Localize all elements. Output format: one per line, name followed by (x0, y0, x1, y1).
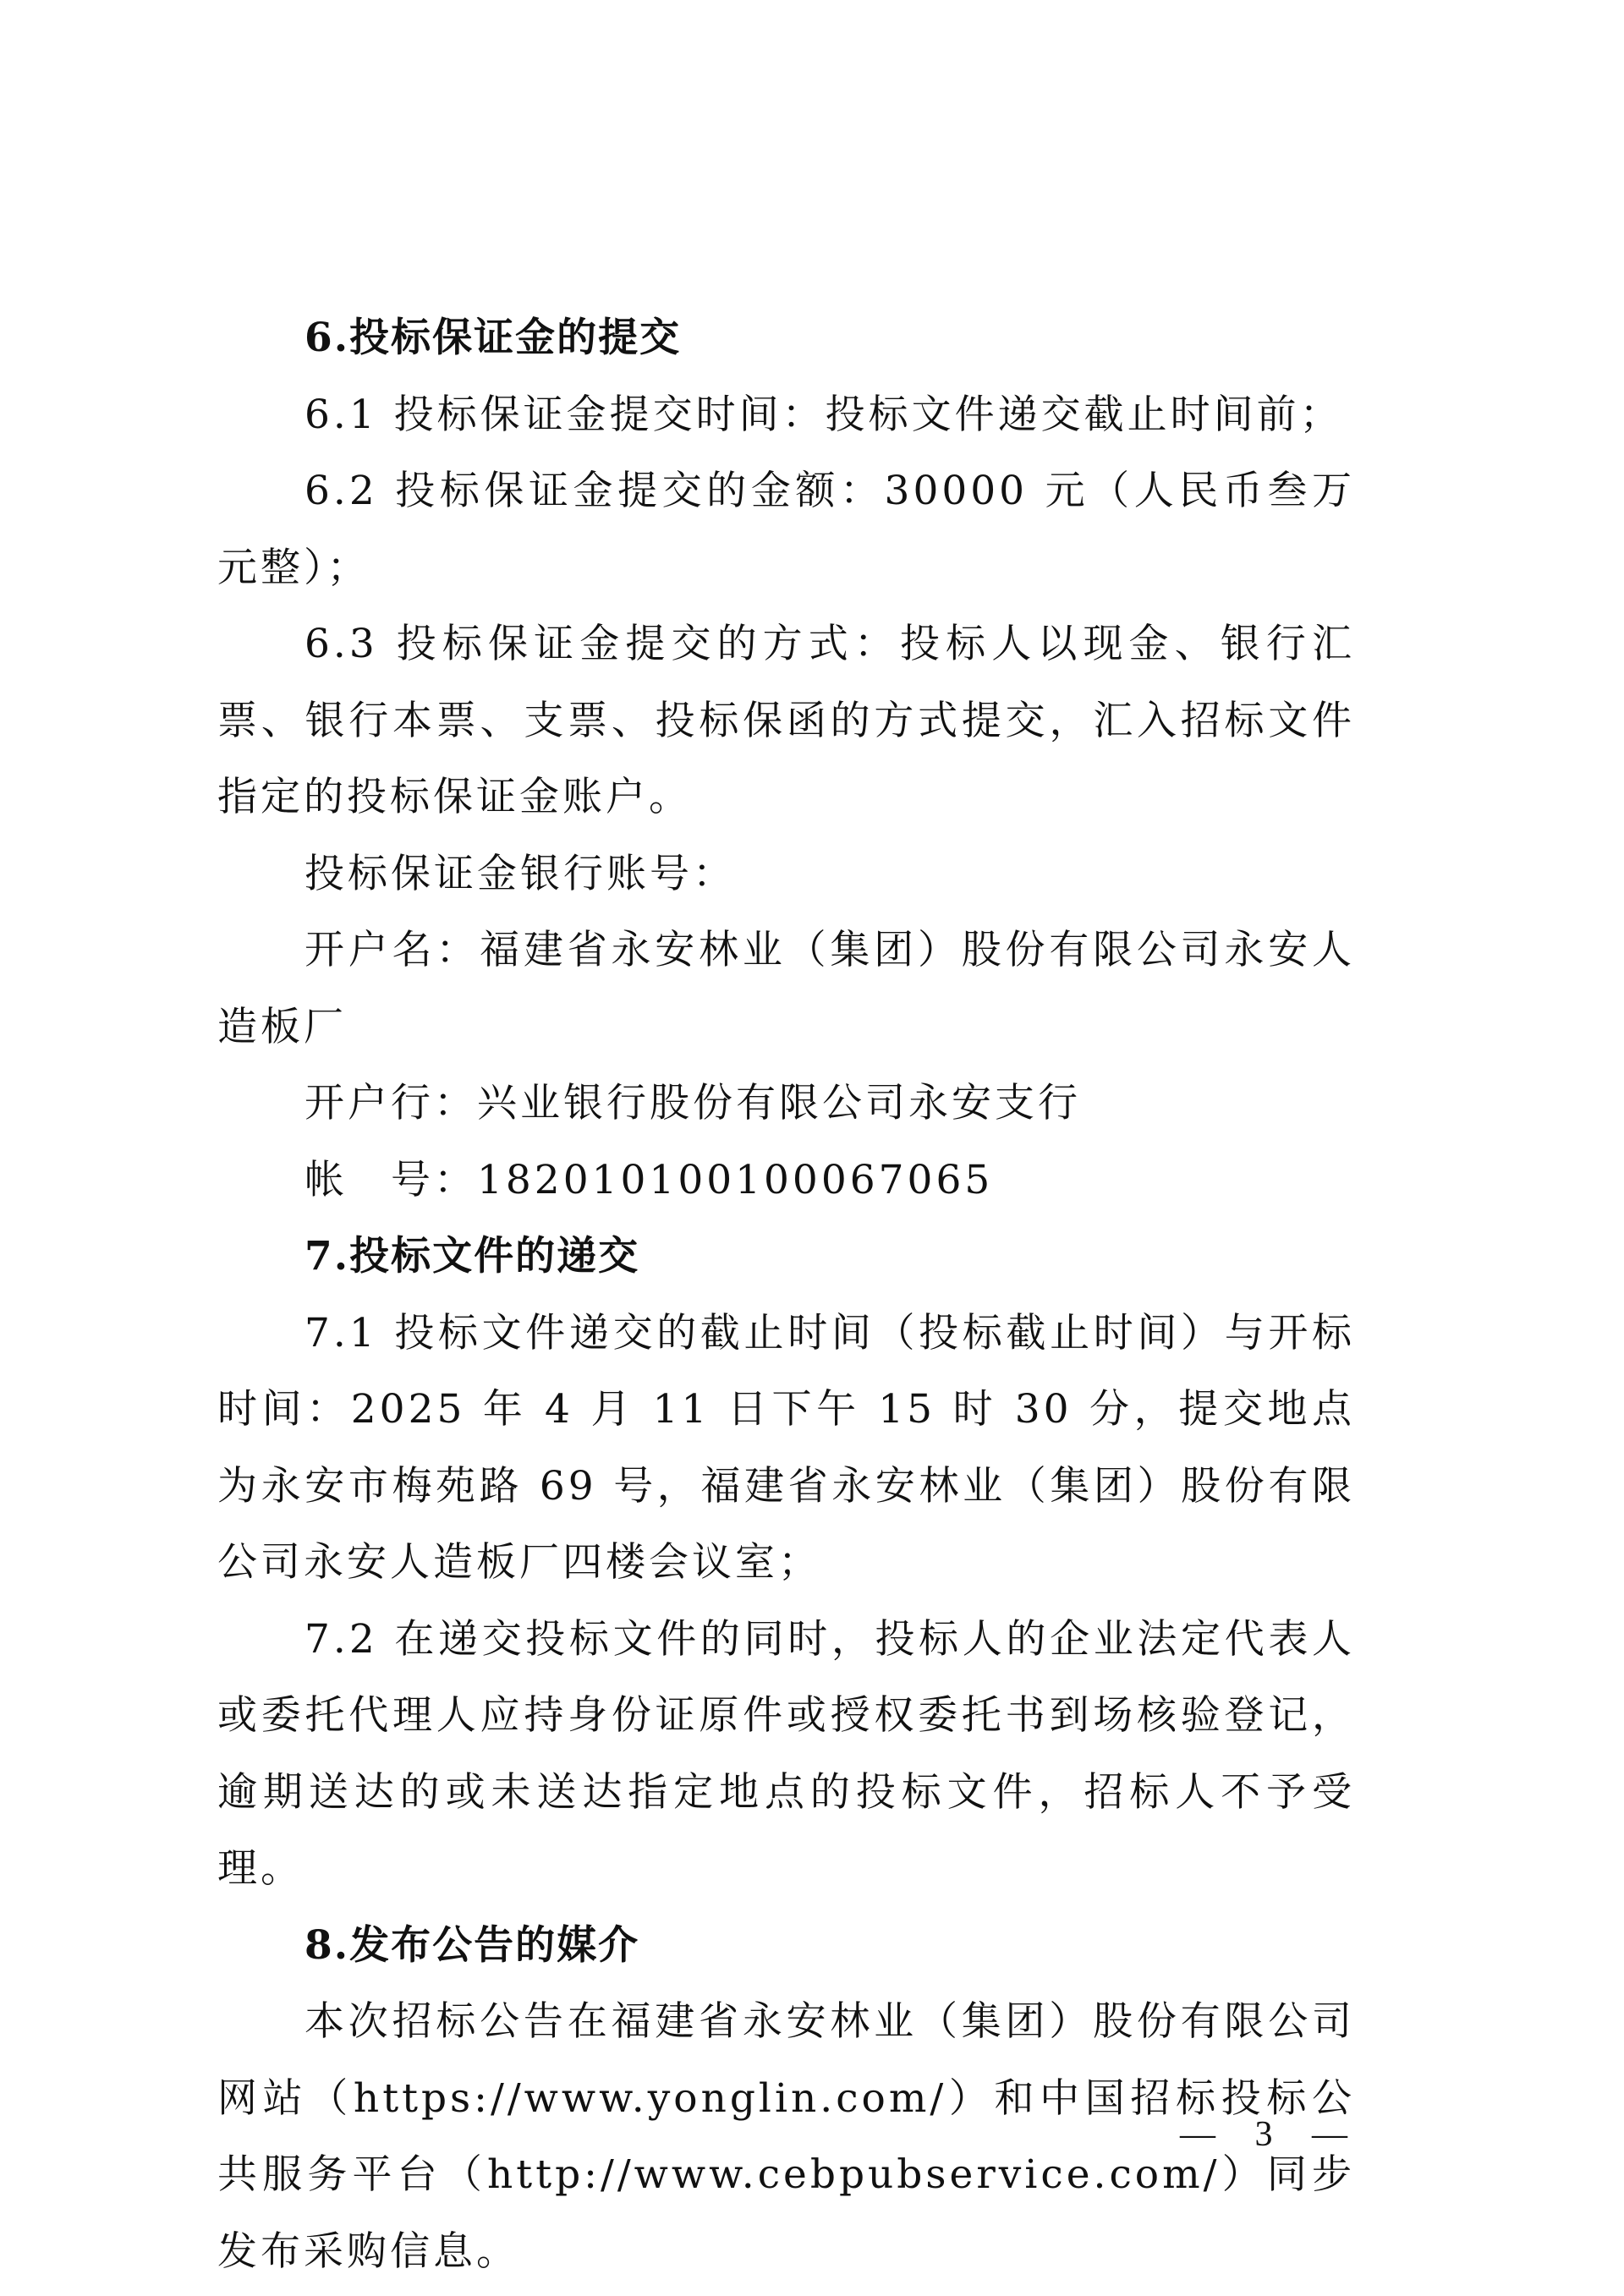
section-heading-bid-submission: 7.投标文件的递交 (217, 1219, 1355, 1296)
paragraph-bid-bond-time: 6.1 投标保证金提交时间：投标文件递交截止时间前； (217, 377, 1355, 454)
paragraph-account-bank: 开户行：兴业银行股份有限公司永安支行 (217, 1066, 1355, 1143)
section-heading-publication-media: 8.发布公告的媒介 (217, 1908, 1355, 1985)
paragraph-account-name: 开户名：福建省永安林业（集团）股份有限公司永安人造板厂 (217, 912, 1355, 1066)
paragraph-account-number: 帐 号：182010100100067065 (217, 1143, 1355, 1219)
paragraph-bid-bond-amount: 6.2 投标保证金提交的金额：30000 元（人民币叁万元整）； (217, 453, 1355, 606)
paragraph-bid-bond-method: 6.3 投标保证金提交的方式：投标人以现金、银行汇票、银行本票、支票、投标保函的… (217, 606, 1355, 836)
paragraph-submission-verification: 7.2 在递交投标文件的同时，投标人的企业法定代表人或委托代理人应持身份证原件或… (217, 1602, 1355, 1908)
section-heading-bid-bond: 6.投标保证金的提交 (217, 300, 1355, 377)
document-page: 6.投标保证金的提交 6.1 投标保证金提交时间：投标文件递交截止时间前； 6.… (217, 300, 1355, 2290)
paragraph-submission-deadline: 7.1 投标文件递交的截止时间（投标截止时间）与开标时间：2025 年 4 月 … (217, 1296, 1355, 1602)
paragraph-bank-account-label: 投标保证金银行账号： (217, 836, 1355, 913)
page-number: — 3 — (1180, 2114, 1363, 2155)
